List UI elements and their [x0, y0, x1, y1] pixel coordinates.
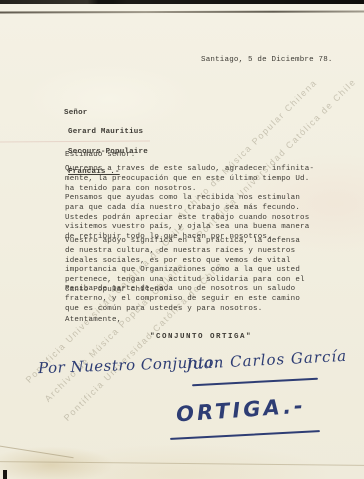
scan-edge-top	[0, 0, 364, 4]
recipient-title: Señor	[64, 109, 148, 119]
body-paragraph: Queremos a traves de este saludo, agrade…	[65, 165, 317, 194]
body-paragraph: Pensamos que ayudas como la recibida nos…	[65, 194, 317, 243]
typed-signature: "CONJUNTO ORTIGA"	[150, 333, 252, 343]
recipient-name: Gerard Mauritius	[64, 128, 148, 138]
scanned-letter: Archivo de Música Popular Chilena Pontif…	[0, 0, 364, 479]
scan-ink-mark	[3, 470, 7, 479]
closing-line: Atentamente,	[65, 316, 121, 326]
date-line: Santiago, 5 de Diciembre 78.	[201, 56, 333, 66]
salutation: Estimado señor:	[65, 151, 136, 161]
body-paragraph: Reciba de parte de cada uno de nosotros …	[65, 285, 317, 314]
